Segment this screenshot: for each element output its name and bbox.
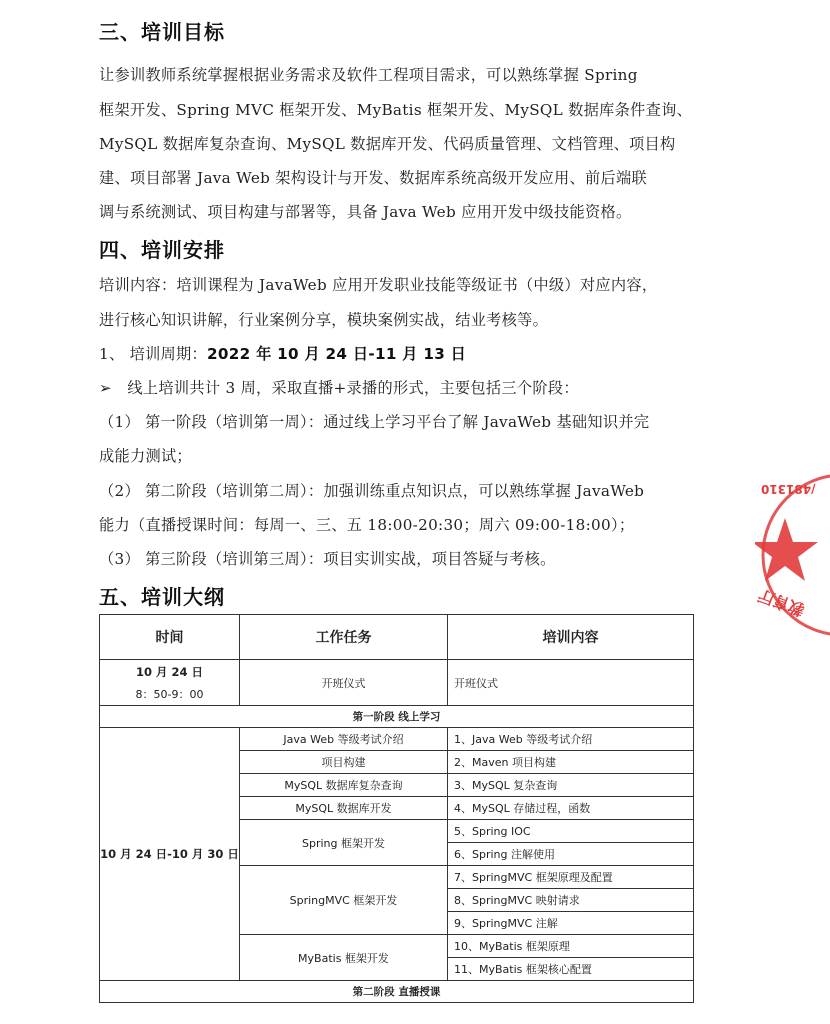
content-cell: 4、MySQL 存储过程，函数 [448,797,694,820]
stage-1-header-row: 第一阶段 线上学习 [100,706,694,728]
content-cell: 8、SpringMVC 映射请求 [448,889,694,912]
task-cell: MySQL 数据库复杂查询 [240,774,448,797]
section5-heading: 五、培训大纲 [99,581,225,610]
stage-3-line: （3） 第三阶段（培训第三周）：项目实训实战，项目答疑与考核。 [99,548,556,569]
section4-intro-line: 进行核心知识讲解，行业案例分享，模块案例实战，结业考核等。 [99,309,548,330]
content-cell: 7、SpringMVC 框架原理及配置 [448,866,694,889]
bullet-text: 线上培训共计 3 周，采取直播+录播的形式，主要包括三个阶段： [127,379,578,397]
header-task: 工作任务 [240,615,448,660]
seal-number-text: /481310 [761,482,815,496]
content-cell: 6、Spring 注解使用 [448,843,694,866]
training-period-label: 1、 培训周期： [99,345,207,363]
document-page: 三、培训目标 让参训教师系统掌握根据业务需求及软件工程项目需求，可以熟练掌握 S… [0,0,830,1024]
content-cell: 5、Spring IOC [448,820,694,843]
content-cell: 10、MyBatis 框架原理 [448,935,694,958]
training-period: 1、 培训周期：2022 年 10 月 24 日-11 月 13 日 [99,343,466,364]
task-cell: Java Web 等级考试介绍 [240,728,448,751]
section3-line: 让参训教师系统掌握根据业务需求及软件工程项目需求，可以熟练掌握 Spring [99,64,638,85]
task-cell: MyBatis 框架开发 [240,935,448,981]
content-cell: 11、MyBatis 框架核心配置 [448,958,694,981]
opening-task: 开班仪式 [240,660,448,706]
stage-2-line: （2） 第二阶段（培训第二周）：加强训练重点知识点，可以熟练掌握 JavaWeb [99,480,644,501]
section3-line: 调与系统测试、项目构建与部署等，具备 Java Web 应用开发中级技能资格。 [99,201,631,222]
opening-date: 10 月 24 日 [100,664,239,680]
training-period-value: 2022 年 10 月 24 日-11 月 13 日 [207,345,466,363]
section4-intro-line: 培训内容：培训课程为 JavaWeb 应用开发职业技能等级证书（中级）对应内容， [99,274,657,295]
stage-2-header-row: 第二阶段 直播授课 [100,981,694,1003]
task-cell: SpringMVC 框架开发 [240,866,448,935]
training-outline-table: 时间 工作任务 培训内容 10 月 24 日 8：50-9：00 开班仪式 开班… [99,614,694,1003]
stage-2-label: 第二阶段 直播授课 [100,981,694,1003]
task-cell: MySQL 数据库开发 [240,797,448,820]
task-cell: 项目构建 [240,751,448,774]
opening-content: 开班仪式 [448,660,694,706]
section3-line: MySQL 数据库复杂查询、MySQL 数据库开发、代码质量管理、文档管理、项目… [99,133,676,154]
content-cell: 3、MySQL 复杂查询 [448,774,694,797]
section4-heading: 四、培训安排 [99,234,225,263]
table-row-opening: 10 月 24 日 8：50-9：00 开班仪式 开班仪式 [100,660,694,706]
header-time: 时间 [100,615,240,660]
arrow-bullet-icon: ➢ [99,379,112,397]
stage-1-line: （1） 第一阶段（培训第一周）：通过线上学习平台了解 JavaWeb 基础知识并… [99,411,649,432]
header-content: 培训内容 [448,615,694,660]
table-row: 10 月 24 日-10 月 30 日 Java Web 等级考试介绍 1、Ja… [100,728,694,751]
section3-heading: 三、培训目标 [99,16,225,45]
official-seal-stamp: /481310 教育厅 [755,470,830,640]
table-header-row: 时间 工作任务 培训内容 [100,615,694,660]
bullet-item: ➢ 线上培训共计 3 周，采取直播+录播的形式，主要包括三个阶段： [99,377,579,398]
stage-1-label: 第一阶段 线上学习 [100,706,694,728]
content-cell: 1、Java Web 等级考试介绍 [448,728,694,751]
section3-line: 框架开发、Spring MVC 框架开发、MyBatis 框架开发、MySQL … [99,99,692,120]
section3-line: 建、项目部署 Java Web 架构设计与开发、数据库系统高级开发应用、前后端联 [99,167,647,188]
content-cell: 2、Maven 项目构建 [448,751,694,774]
opening-time-cell: 10 月 24 日 8：50-9：00 [100,660,240,706]
stage-2-line: 能力（直播授课时间：每周一、三、五 18:00-20:30；周六 09:00-1… [99,514,634,535]
task-cell: Spring 框架开发 [240,820,448,866]
stage-1-line: 成能力测试； [99,445,192,466]
opening-time: 8：50-9：00 [100,686,239,702]
stage-1-date: 10 月 24 日-10 月 30 日 [100,728,240,981]
content-cell: 9、SpringMVC 注解 [448,912,694,935]
